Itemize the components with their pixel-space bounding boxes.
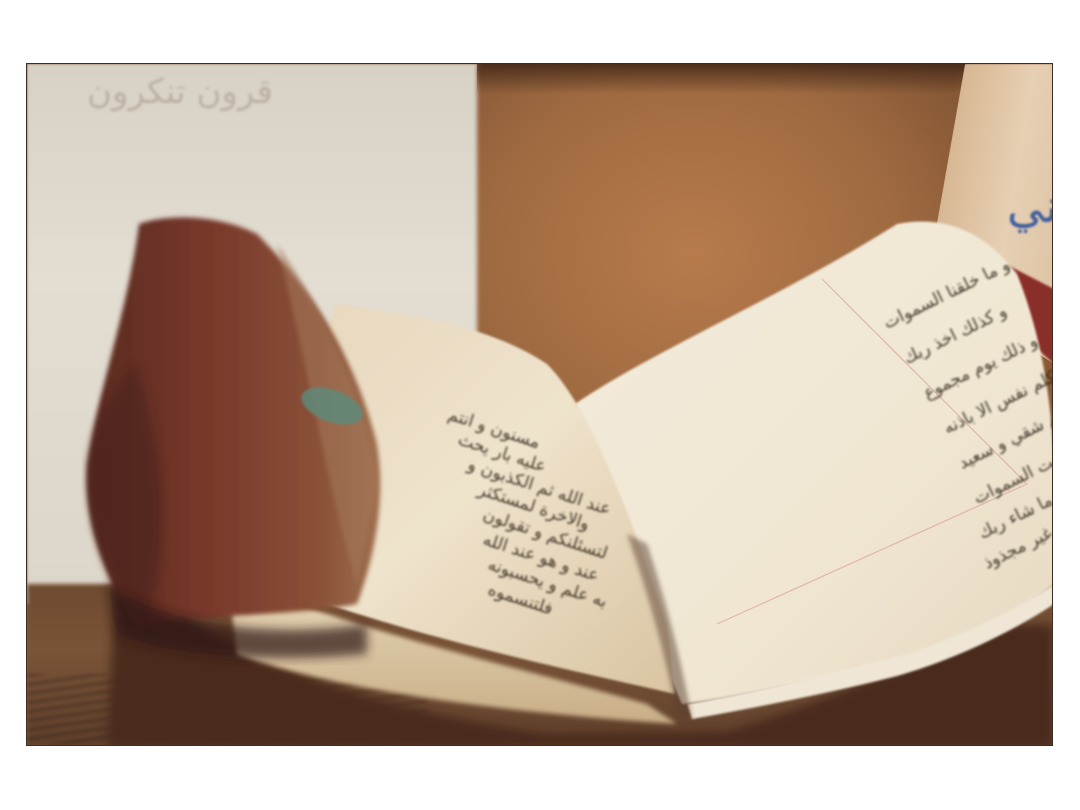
manuscript-photo: قرون تنكرون ني — [26, 63, 1053, 746]
open-book: مسنون و انتم عليه بار يحث عند الله ثم ال… — [27, 64, 1053, 746]
